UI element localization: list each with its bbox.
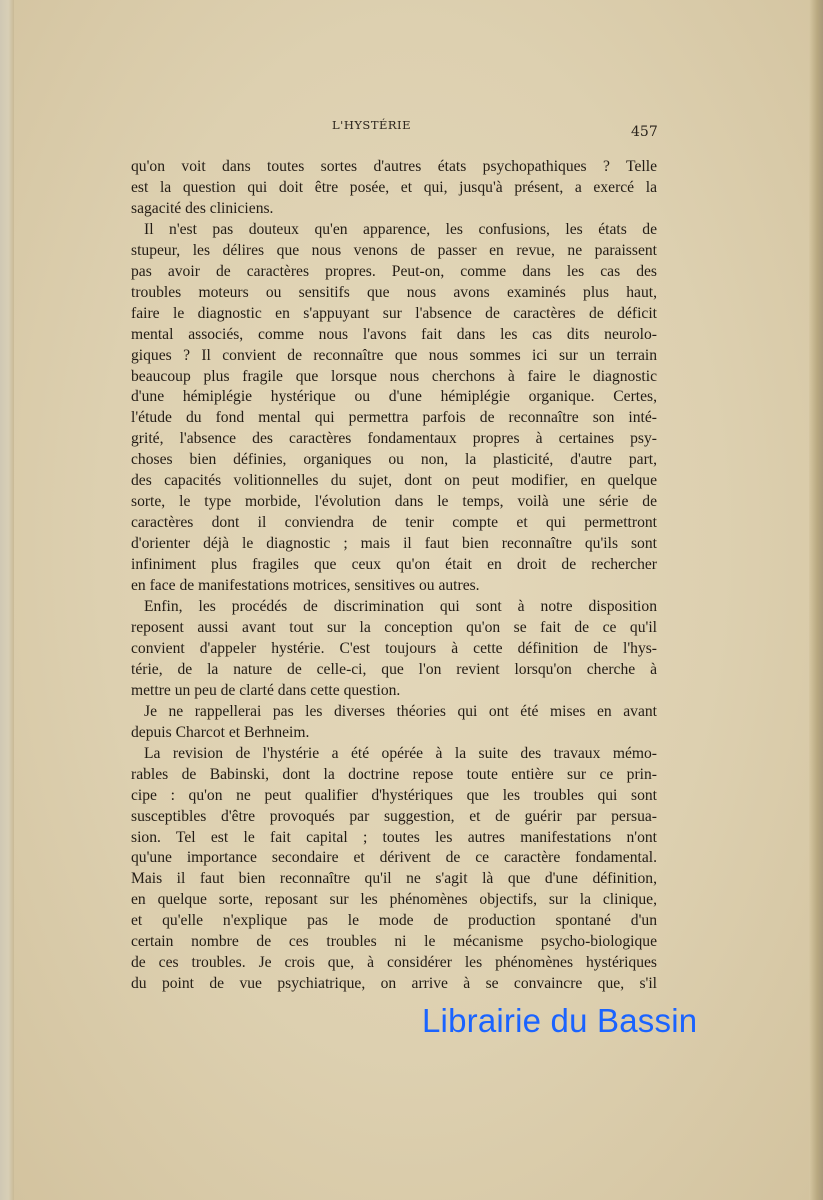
text-line: depuis Charcot et Berhneim. xyxy=(131,723,657,744)
text-line: du point de vue psychiatrique, on arrive… xyxy=(131,974,657,995)
text-line: en face de manifestations motrices, sens… xyxy=(131,576,657,597)
paragraph: qu'on voit dans toutes sortes d'autres é… xyxy=(131,157,657,220)
text-line: des capacités volitionnelles du sujet, d… xyxy=(131,471,657,492)
body-text: qu'on voit dans toutes sortes d'autres é… xyxy=(131,157,657,995)
running-head: L'HYSTÉRIE xyxy=(0,118,823,132)
running-head-text: L'HYSTÉRIE xyxy=(332,118,411,132)
paragraph: Il n'est pas douteux qu'en apparence, le… xyxy=(131,220,657,597)
text-line: sorte, le type morbide, l'évolution dans… xyxy=(131,492,657,513)
text-line: térie, de la nature de celle-ci, que l'o… xyxy=(131,660,657,681)
text-line: giques ? Il convient de reconnaître que … xyxy=(131,346,657,367)
text-line: pas avoir de caractères propres. Peut-on… xyxy=(131,262,657,283)
text-line: et qu'elle n'explique pas le mode de pro… xyxy=(131,911,657,932)
text-line: est la question qui doit être posée, et … xyxy=(131,178,657,199)
text-line: Il n'est pas douteux qu'en apparence, le… xyxy=(131,220,657,241)
text-line: rables de Babinski, dont la doctrine rep… xyxy=(131,765,657,786)
text-line: d'orienter déjà le diagnostic ; mais il … xyxy=(131,534,657,555)
paragraph: Enfin, les procédés de discrimination qu… xyxy=(131,597,657,702)
text-line: cipe : qu'on ne peut qualifier d'hystéri… xyxy=(131,786,657,807)
text-line: mental associés, comme nous l'avons fait… xyxy=(131,325,657,346)
text-line: susceptibles d'être provoqués par sugges… xyxy=(131,807,657,828)
text-line: convient d'appeler hystérie. C'est toujo… xyxy=(131,639,657,660)
text-line: Je ne rappellerai pas les diverses théor… xyxy=(131,702,657,723)
text-line: sagacité des cliniciens. xyxy=(131,199,657,220)
paragraph: La revision de l'hystérie a été opérée à… xyxy=(131,744,657,995)
text-line: troubles moteurs ou sensitifs que nous a… xyxy=(131,283,657,304)
text-line: qu'une importance secondaire et dérivent… xyxy=(131,848,657,869)
text-line: sion. Tel est le fait capital ; toutes l… xyxy=(131,828,657,849)
text-line: certain nombre de ces troubles ni le méc… xyxy=(131,932,657,953)
binding-edge xyxy=(0,0,14,1200)
text-line: La revision de l'hystérie a été opérée à… xyxy=(131,744,657,765)
text-line: faire le diagnostic en s'appuyant sur l'… xyxy=(131,304,657,325)
watermark: Librairie du Bassin xyxy=(422,1002,697,1040)
text-line: beaucoup plus fragile que lorsque nous c… xyxy=(131,367,657,388)
text-line: Mais il faut bien reconnaître qu'il ne s… xyxy=(131,869,657,890)
text-line: grité, l'absence des caractères fondamen… xyxy=(131,429,657,450)
page-number: 457 xyxy=(631,124,658,140)
text-line: caractères dont il conviendra de tenir c… xyxy=(131,513,657,534)
text-line: infiniment plus fragiles que ceux qu'on … xyxy=(131,555,657,576)
text-line: en quelque sorte, reposant sur les phéno… xyxy=(131,890,657,911)
text-line: choses bien définies, organiques ou non,… xyxy=(131,450,657,471)
text-line: de ces troubles. Je crois que, à considé… xyxy=(131,953,657,974)
text-line: d'une hémiplégie hystérique ou d'une hém… xyxy=(131,387,657,408)
text-line: mettre un peu de clarté dans cette quest… xyxy=(131,681,657,702)
text-line: Enfin, les procédés de discrimination qu… xyxy=(131,597,657,618)
text-line: stupeur, les délires que nous venons de … xyxy=(131,241,657,262)
paragraph: Je ne rappellerai pas les diverses théor… xyxy=(131,702,657,744)
page-fore-edge xyxy=(809,0,823,1200)
text-line: qu'on voit dans toutes sortes d'autres é… xyxy=(131,157,657,178)
text-line: reposent aussi avant tout sur la concept… xyxy=(131,618,657,639)
text-line: l'étude du fond mental qui permettra par… xyxy=(131,408,657,429)
